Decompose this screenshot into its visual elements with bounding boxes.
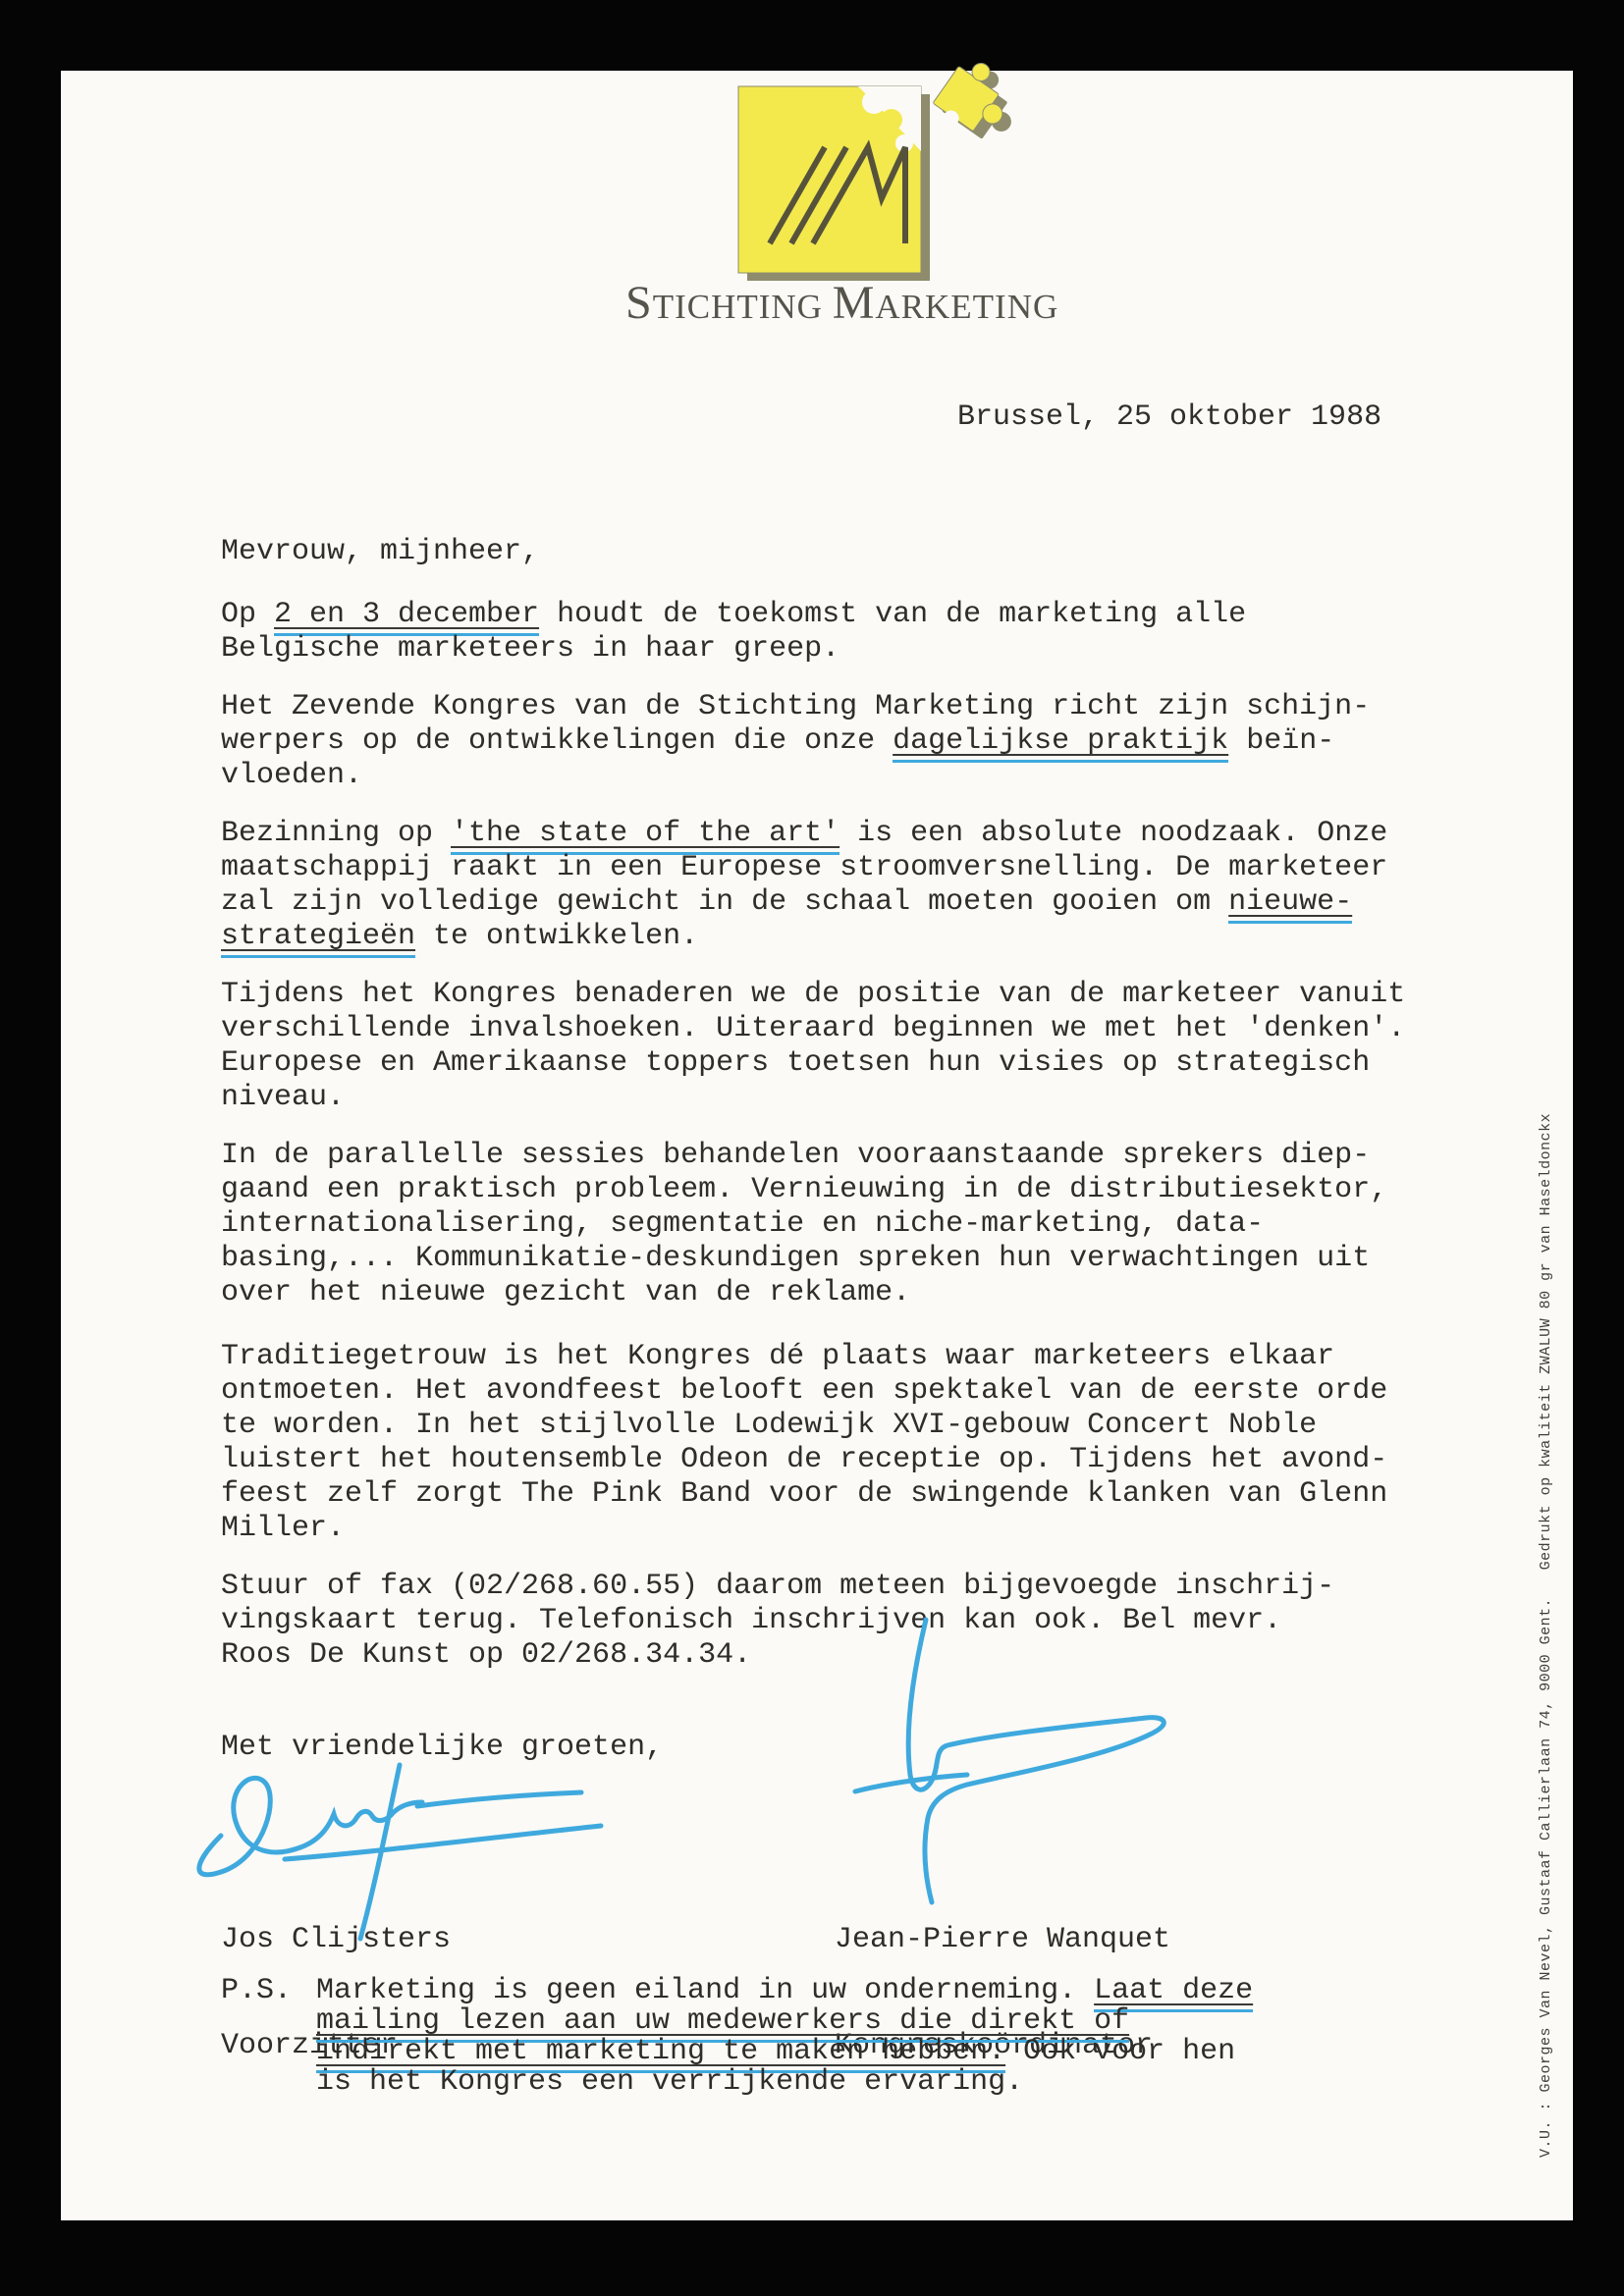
text-segment: Tijdens het Kongres benaderen we de posi… [221,978,1405,1011]
text-segment: feest zelf zorgt The Pink Band voor de s… [221,1477,1387,1511]
puzzle-logo-icon [709,61,1043,308]
text-line: In de parallelle sessies behandelen voor… [221,1139,1468,1173]
closing: Met vriendelijke groeten, [221,1731,663,1765]
text-segment: te ontwikkelen. [415,920,698,953]
text-segment: vloeden. [221,759,362,792]
paragraph: Stuur of fax (02/268.60.55) daarom metee… [221,1570,1468,1673]
paragraph: Op 2 en 3 december houdt de toekomst van… [221,598,1468,667]
text-segment: houdt de toekomst van de marketing alle [539,598,1246,631]
underlined-text: 'the state of the art' [451,817,839,855]
text-line: Roos De Kunst op 02/268.34.34. [221,1638,1468,1673]
text-line: vingskaart terug. Telefonisch inschrijve… [221,1604,1468,1638]
text-segment: over het nieuwe gezicht van de reklame. [221,1276,910,1309]
print-credit-vertical: V.U. : Georges Van Nevel, Gustaaf Callie… [1538,1107,1554,2158]
scanned-letter: STICHTING MARKETING Brussel, 25 oktober … [0,0,1624,2296]
text-segment: Marketing is geen eiland in uw ondernemi… [316,1974,1094,2007]
text-segment: Roos De Kunst op 02/268.34.34. [221,1638,751,1672]
text-segment: maatschappij raakt in een Europese stroo… [221,851,1387,884]
text-line: basing,... Kommunikatie-deskundigen spre… [221,1242,1468,1276]
paragraph: Tijdens het Kongres benaderen we de posi… [221,978,1468,1115]
paragraphs-container: Op 2 en 3 december houdt de toekomst van… [221,598,1468,1673]
text-line: internationalisering, segmentatie en nic… [221,1207,1468,1242]
text-segment: Stuur of fax (02/268.60.55) daarom metee… [221,1570,1334,1603]
text-line: strategieën te ontwikkelen. [221,920,1468,954]
text-line: Miller. [221,1512,1468,1546]
text-segment: Belgische marketeers in haar greep. [221,632,839,666]
text-segment: vingskaart terug. Telefonisch inschrijve… [221,1604,1281,1637]
text-segment: Op [221,598,274,631]
text-line: vloeden. [221,759,1468,793]
text-line: maatschappij raakt in een Europese stroo… [221,851,1468,885]
text-line: mailing lezen aan uw medewerkers die dir… [316,2006,1253,2037]
letter-body: Mevrouw, mijnheer, Op 2 en 3 december ho… [221,535,1468,1696]
text-line: Traditiegetrouw is het Kongres dé plaats… [221,1340,1468,1374]
text-line: Marketing is geen eiland in uw ondernemi… [316,1976,1253,2006]
wordmark-initial: M [833,277,876,329]
text-line: niveau. [221,1081,1468,1115]
signatory-name: Jos Clijsters [221,1922,451,1957]
text-segment: is een absolute noodzaak. Onze [839,817,1387,850]
text-segment: zal zijn volledige gewicht in de schaal … [221,885,1228,919]
text-line: verschillende invalshoeken. Uiteraard be… [221,1012,1468,1046]
paragraph: Bezinning op 'the state of the art' is e… [221,817,1468,954]
letter-page: STICHTING MARKETING Brussel, 25 oktober … [61,71,1573,2220]
text-line: zal zijn volledige gewicht in de schaal … [221,885,1468,920]
org-wordmark: STICHTING MARKETING [625,279,1057,332]
paragraph: Traditiegetrouw is het Kongres dé plaats… [221,1340,1468,1546]
text-segment: Traditiegetrouw is het Kongres dé plaats… [221,1340,1334,1373]
text-line: Tijdens het Kongres benaderen we de posi… [221,978,1468,1012]
text-line: Europese en Amerikaanse toppers toetsen … [221,1046,1468,1081]
text-line: Op 2 en 3 december houdt de toekomst van… [221,598,1468,632]
ps-lines: Marketing is geen eiland in uw ondernemi… [316,1976,1253,2098]
text-segment: beïn- [1228,724,1334,758]
text-segment: niveau. [221,1081,345,1114]
text-line: te worden. In het stijlvolle Lodewijk XV… [221,1409,1468,1443]
text-line: Belgische marketeers in haar greep. [221,632,1468,667]
text-segment: Miller. [221,1512,345,1545]
salutation: Mevrouw, mijnheer, [221,535,1468,569]
text-segment: is het Kongres een verrijkende ervaring. [316,2065,1023,2099]
text-segment: werpers op de ontwikkelingen die onze [221,724,893,758]
dateline: Brussel, 25 oktober 1988 [957,400,1381,434]
paragraph: In de parallelle sessies behandelen voor… [221,1139,1468,1310]
text-line: indirekt met marketing te maken hebben. … [316,2037,1253,2067]
text-line: werpers op de ontwikkelingen die onze da… [221,724,1468,759]
text-segment: Bezinning op [221,817,451,850]
text-line: Bezinning op 'the state of the art' is e… [221,817,1468,851]
text-segment: Ook voor hen [1005,2035,1235,2068]
text-line: luistert het houtensemble Odeon de recep… [221,1443,1468,1477]
text-line: gaand een praktisch probleem. Vernieuwin… [221,1173,1468,1207]
text-segment: Europese en Amerikaanse toppers toetsen … [221,1046,1370,1080]
text-segment: luistert het houtensemble Odeon de recep… [221,1443,1387,1476]
text-segment: verschillende invalshoeken. Uiteraard be… [221,1012,1405,1045]
signatory-name: Jean-Pierre Wanquet [835,1922,1170,1957]
wordmark-initial: S [625,277,653,329]
underlined-text: nieuwe- [1228,885,1352,924]
text-line: Het Zevende Kongres van de Stichting Mar… [221,690,1468,724]
text-segment: In de parallelle sessies behandelen voor… [221,1139,1370,1172]
postscript: P.S. Marketing is geen eiland in uw onde… [221,1976,1253,2098]
text-segment: basing,... Kommunikatie-deskundigen spre… [221,1242,1370,1275]
text-line: ontmoeten. Het avondfeest belooft een sp… [221,1374,1468,1409]
text-segment: gaand een praktisch probleem. Vernieuwin… [221,1173,1387,1206]
underlined-text: strategieën [221,920,415,958]
text-segment: internationalisering, segmentatie en nic… [221,1207,1264,1241]
paragraph: Het Zevende Kongres van de Stichting Mar… [221,690,1468,793]
text-segment: Het Zevende Kongres van de Stichting Mar… [221,690,1370,723]
text-segment: ontmoeten. Het avondfeest belooft een sp… [221,1374,1387,1408]
underlined-text: dagelijkse praktijk [893,724,1228,763]
text-line: feest zelf zorgt The Pink Band voor de s… [221,1477,1468,1512]
ps-label: P.S. [221,1976,316,2098]
text-line: over het nieuwe gezicht van de reklame. [221,1276,1468,1310]
underlined-text: 2 en 3 december [274,598,539,636]
text-line: is het Kongres een verrijkende ervaring. [316,2067,1253,2098]
text-segment: te worden. In het stijlvolle Lodewijk XV… [221,1409,1317,1442]
text-line: Stuur of fax (02/268.60.55) daarom metee… [221,1570,1468,1604]
